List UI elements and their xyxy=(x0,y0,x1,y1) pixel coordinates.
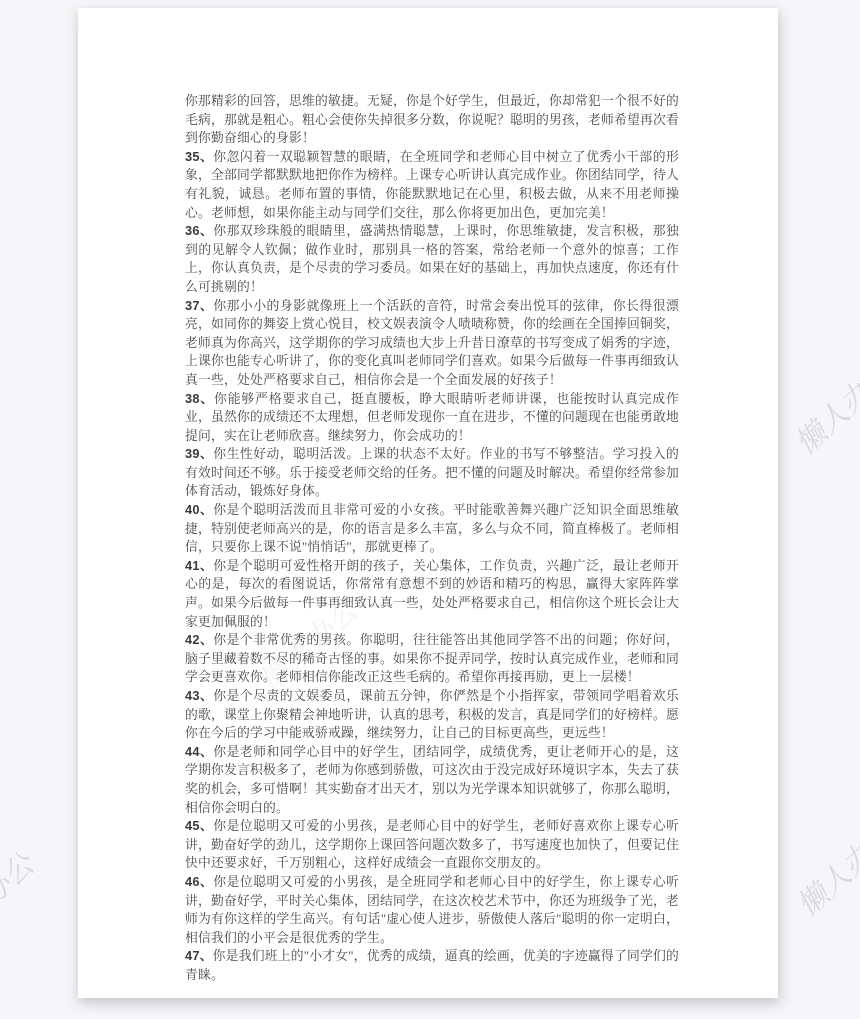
paragraph-list: 你那精彩的回答，思维的敏捷。无疑，你是个好学生，但最近，你却常犯一个很不好的毛病… xyxy=(78,8,778,985)
paragraph: 你那精彩的回答，思维的敏捷。无疑，你是个好学生，但最近，你却常犯一个很不好的毛病… xyxy=(185,92,679,148)
paragraph-number: 39、 xyxy=(185,446,213,461)
paragraph-text: 你是个聪明活泼而且非常可爱的小女孩。平时能歌善舞兴趣广泛知识全面思维敏捷，特别使… xyxy=(185,503,679,554)
paragraph: 45、你是位聪明又可爱的小男孩，是老师心目中的好学生，老师好喜欢你上课专心听讲，… xyxy=(185,817,679,873)
paragraph: 46、你是位聪明又可爱的小男孩，是全班同学和老师心目中的好学生，你上课专心听讲，… xyxy=(185,873,679,947)
paragraph-number: 43、 xyxy=(185,688,213,703)
paragraph: 36、你那双珍珠般的眼睛里，盛满热情聪慧，上课时，你思维敏捷，发言积极，那独到的… xyxy=(185,222,679,296)
document-viewer: 懒人办公 懒人办公 你那精彩的回答，思维的敏捷。无疑，你是个好学生，但最近，你却… xyxy=(0,0,860,1019)
paragraph-text: 你那精彩的回答，思维的敏捷。无疑，你是个好学生，但最近，你却常犯一个很不好的毛病… xyxy=(185,94,679,145)
paragraph: 39、你生性好动，聪明活泼。上课的状态不太好。作业的书写不够整洁。学习投入的有效… xyxy=(185,445,679,501)
paragraph-text: 你能够严格要求自己，挺直腰板，睁大眼睛听老师讲课，也能按时认真完成作业，虽然你的… xyxy=(185,392,679,443)
paragraph-text: 你那双珍珠般的眼睛里，盛满热情聪慧，上课时，你思维敏捷，发言积极，那独到的见解令… xyxy=(185,224,679,294)
paragraph-text: 你生性好动，聪明活泼。上课的状态不太好。作业的书写不够整洁。学习投入的有效时间还… xyxy=(185,447,679,498)
paragraph: 41、你是个聪明可爱性格开朗的孩子，关心集体，工作负责，兴趣广泛，最让老师开心的… xyxy=(185,557,679,631)
paragraph-number: 41、 xyxy=(185,558,213,573)
paragraph-text: 你是位聪明又可爱的小男孩，是老师心目中的好学生，老师好喜欢你上课专心听讲，勤奋好… xyxy=(185,819,679,870)
document-page: 你那精彩的回答，思维的敏捷。无疑，你是个好学生，但最近，你却常犯一个很不好的毛病… xyxy=(78,8,778,998)
paragraph-text: 你是老师和同学心目中的好学生，团结同学，成绩优秀，更让老师开心的是，这学期你发言… xyxy=(185,745,679,815)
paragraph-text: 你忽闪着一双聪颖智慧的眼睛，在全班同学和老师心目中树立了优秀小干部的形象，全部同… xyxy=(185,150,679,220)
paragraph-text: 你是个尽责的文娱委员，课前五分钟，你俨然是个小指挥家，带领同学唱着欢乐的歌，课堂… xyxy=(185,689,679,740)
paragraph-number: 46、 xyxy=(185,874,213,889)
paragraph-text: 你那小小的身影就像班上一个活跃的音符，时常会奏出悦耳的弦律，你长得很漂亮，如同你… xyxy=(185,299,679,387)
paragraph-number: 38、 xyxy=(185,391,214,406)
watermark-text: 懒人办公 xyxy=(0,841,42,954)
paragraph-text: 你是个非常优秀的男孩。你聪明，往往能答出其他同学答不出的问题；你好问，脑子里藏着… xyxy=(185,633,679,684)
paragraph: 44、你是老师和同学心目中的好学生，团结同学，成绩优秀，更让老师开心的是，这学期… xyxy=(185,743,679,817)
paragraph-number: 44、 xyxy=(185,744,213,759)
paragraph: 40、你是个聪明活泼而且非常可爱的小女孩。平时能歌善舞兴趣广泛知识全面思维敏捷，… xyxy=(185,501,679,557)
paragraph: 38、你能够严格要求自己，挺直腰板，睁大眼睛听老师讲课，也能按时认真完成作业，虽… xyxy=(185,390,679,446)
paragraph: 42、你是个非常优秀的男孩。你聪明，往往能答出其他同学答不出的问题；你好问，脑子… xyxy=(185,631,679,687)
paragraph-number: 35、 xyxy=(185,149,213,164)
paragraph-text: 你是位聪明又可爱的小男孩，是全班同学和老师心目中的好学生，你上课专心听讲，勤奋好… xyxy=(185,875,679,945)
paragraph: 37、你那小小的身影就像班上一个活跃的音符，时常会奏出悦耳的弦律，你长得很漂亮，… xyxy=(185,297,679,390)
paragraph-number: 47、 xyxy=(185,948,213,963)
paragraph-text: 你是我们班上的"小才女"，优秀的成绩，逼真的绘画，优美的字迹赢得了同学们的青睐。 xyxy=(185,949,679,982)
watermark-text: 懒人办公 xyxy=(785,811,860,924)
paragraph-text: 你是个聪明可爱性格开朗的孩子，关心集体，工作负责，兴趣广泛，最让老师开心的是，每… xyxy=(185,559,679,629)
paragraph-number: 40、 xyxy=(185,502,213,517)
watermark-text: 懒人办公 xyxy=(783,349,860,462)
paragraph: 35、你忽闪着一双聪颖智慧的眼睛，在全班同学和老师心目中树立了优秀小干部的形象，… xyxy=(185,148,679,222)
paragraph-number: 42、 xyxy=(185,632,213,647)
paragraph: 47、你是我们班上的"小才女"，优秀的成绩，逼真的绘画，优美的字迹赢得了同学们的… xyxy=(185,947,679,984)
paragraph-number: 36、 xyxy=(185,223,213,238)
paragraph-number: 45、 xyxy=(185,818,213,833)
paragraph-number: 37、 xyxy=(185,298,213,313)
paragraph: 43、你是个尽责的文娱委员，课前五分钟，你俨然是个小指挥家，带领同学唱着欢乐的歌… xyxy=(185,687,679,743)
